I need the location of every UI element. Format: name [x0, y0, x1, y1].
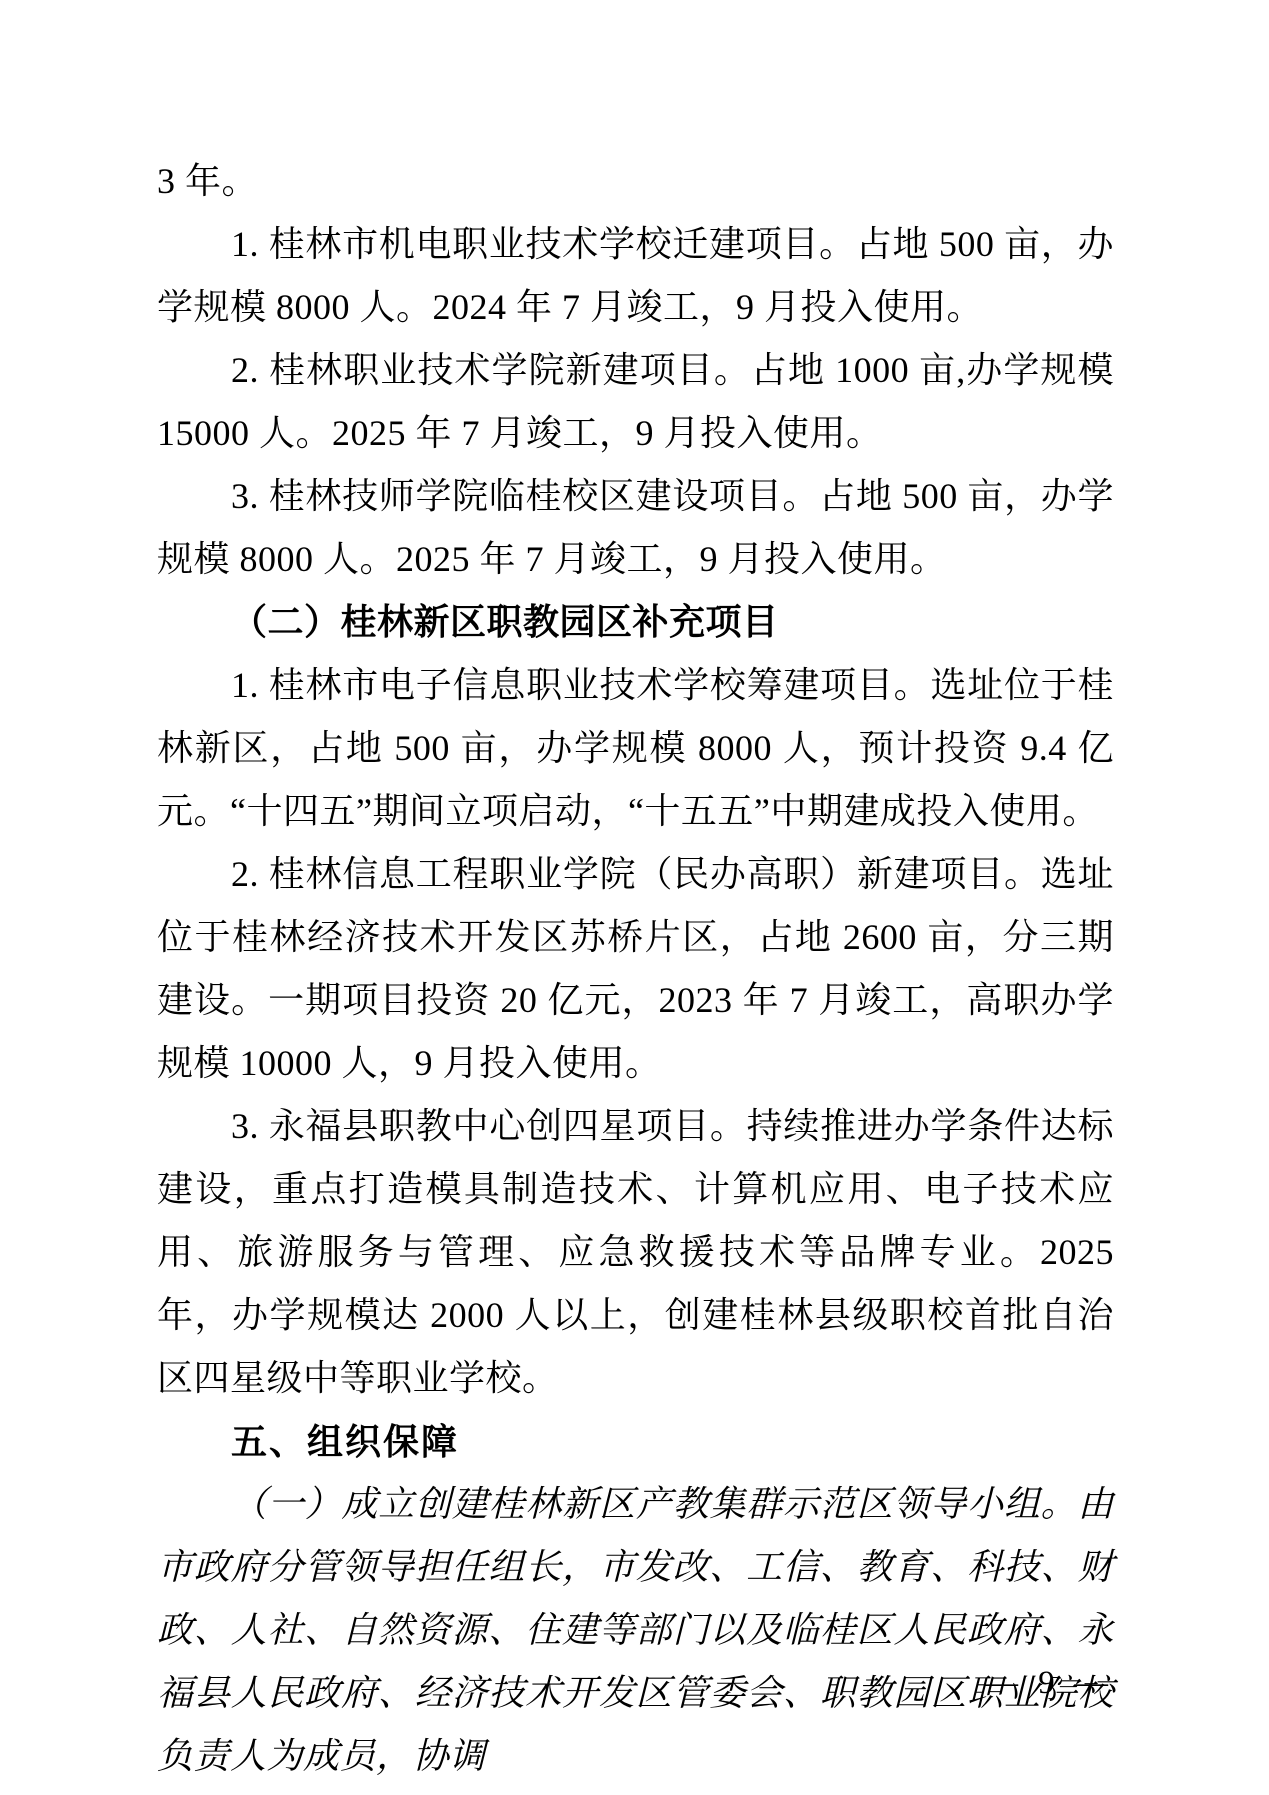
paragraph-supplement-3: 3. 永福县职教中心创四星项目。持续推进办学条件达标建设，重点打造模具制造技术、…: [157, 1095, 1114, 1410]
paragraph-project-3: 3. 桂林技师学院临桂校区建设项目。占地 500 亩，办学规模 8000 人。2…: [157, 465, 1114, 591]
paragraph-supplement-1: 1. 桂林市电子信息职业技术学校筹建项目。选址位于桂林新区，占地 500 亩，办…: [157, 654, 1114, 843]
page-number: — 9 —: [985, 1663, 1114, 1703]
document-body: 3 年。 1. 桂林市机电职业技术学校迁建项目。占地 500 亩，办学规模 80…: [157, 150, 1114, 1788]
paragraph-leading-group: （一）成立创建桂林新区产教集群示范区领导小组。由市政府分管领导担任组长，市发改、…: [157, 1473, 1114, 1788]
paragraph-project-1: 1. 桂林市机电职业技术学校迁建项目。占地 500 亩，办学规模 8000 人。…: [157, 213, 1114, 339]
subsection-heading: （二）桂林新区职教园区补充项目: [157, 591, 1114, 654]
section-heading: 五、组织保障: [157, 1410, 1114, 1473]
paragraph-project-2: 2. 桂林职业技术学院新建项目。占地 1000 亩,办学规模 15000 人。2…: [157, 339, 1114, 465]
document-page: 3 年。 1. 桂林市机电职业技术学校迁建项目。占地 500 亩，办学规模 80…: [0, 0, 1269, 1795]
paragraph-supplement-2: 2. 桂林信息工程职业学院（民办高职）新建项目。选址位于桂林经济技术开发区苏桥片…: [157, 843, 1114, 1095]
paragraph-continuation: 3 年。: [157, 150, 1114, 213]
